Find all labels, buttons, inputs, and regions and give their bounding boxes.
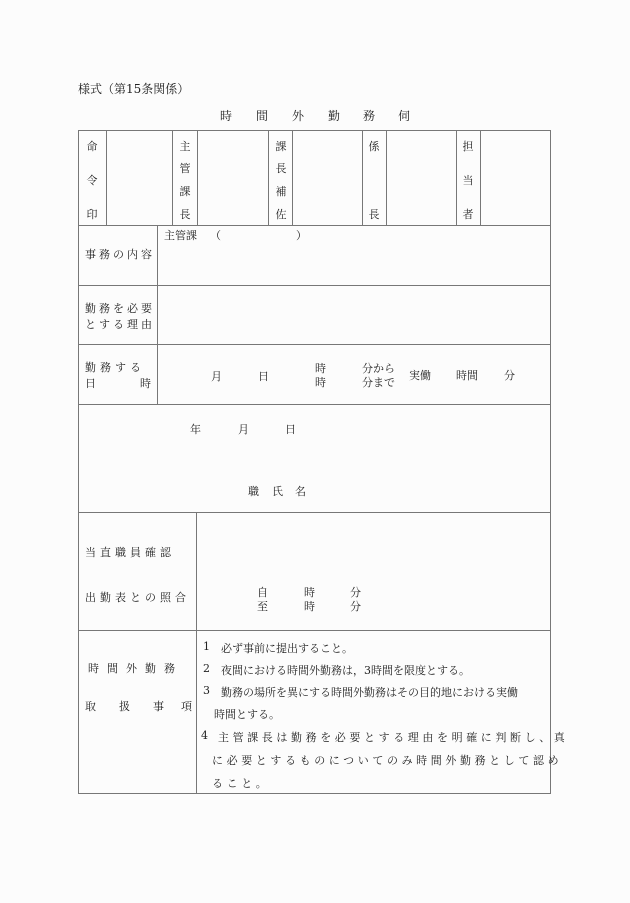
attendance-check-label: 出勤表との照合 [85, 589, 190, 605]
stamp-box-shukan-kacho[interactable] [198, 131, 268, 225]
title-char: 間 [256, 107, 268, 124]
minute-unit: 分 [350, 598, 361, 614]
rule-text: 時間とする。 [214, 706, 280, 722]
label-char: 長 [178, 206, 192, 222]
label-char: 係 [367, 138, 381, 154]
reason-label-2: とする理由 [85, 316, 155, 332]
paren-close: ） [296, 227, 307, 243]
label-char: 令 [85, 172, 99, 188]
duty-confirm-label: 当直職員確認 [85, 544, 175, 560]
rule-text: 必ず事前に提出すること。 [221, 640, 353, 656]
stamp-box-tantosha[interactable] [481, 131, 550, 225]
rule-text: ること。 [212, 775, 270, 791]
label-char: 扱 [119, 698, 130, 714]
title-char: 務 [363, 107, 375, 124]
reason-label-1: 勤務を必要 [85, 300, 155, 316]
label-char: 項 [181, 698, 192, 714]
row-divider [78, 225, 551, 226]
label-char: 名 [295, 483, 306, 499]
name-input[interactable] [320, 476, 540, 500]
rule-number: 4 [201, 729, 208, 742]
label-char: 印 [85, 206, 99, 222]
form-label: 様式（第15条関係） [78, 80, 189, 97]
datetime-label-2a: 日 [85, 375, 96, 391]
to-label: 至 [257, 598, 268, 614]
label-char: 課 [178, 183, 192, 199]
label-char: 課 [274, 138, 288, 154]
label-char: 佐 [274, 206, 288, 222]
day-unit: 日 [285, 421, 296, 437]
label-char: 長 [367, 206, 381, 222]
work-content-input[interactable] [158, 242, 550, 284]
title-char: 勤 [328, 107, 340, 124]
rule-text: 主管課長は勤務を必要とする理由を明確に判断し、真 [218, 729, 568, 745]
datetime-label-2b: 時 [140, 375, 151, 391]
title-char: 時 [220, 107, 232, 124]
rules-label-1: 時間外勤務 [88, 660, 183, 676]
label-char: 氏 [272, 483, 283, 499]
label-char: 者 [461, 206, 475, 222]
label-char: 取 [85, 698, 96, 714]
hour-unit: 時 [304, 598, 315, 614]
reason-input[interactable] [158, 286, 550, 343]
row-divider [78, 630, 551, 631]
paren-open: （ [210, 227, 221, 243]
label-char: 長 [274, 160, 288, 176]
rule-text: に必要とするものについてのみ時間外勤務として認め [212, 752, 562, 768]
col-divider [456, 130, 457, 225]
col-divider [268, 130, 269, 225]
title-char: 外 [292, 107, 304, 124]
work-content-label: 事務の内容 [85, 246, 155, 262]
year-unit: 年 [190, 421, 201, 437]
row-divider [78, 404, 551, 405]
label-char: 担 [461, 138, 475, 154]
month-unit: 月 [238, 421, 249, 437]
label-char: 主 [178, 138, 192, 154]
duty-confirm-input[interactable] [197, 513, 550, 573]
label-char: 当 [461, 172, 475, 188]
col-divider [172, 130, 173, 225]
rule-text: 夜間における時間外勤務は，3時間を限度とする。 [221, 662, 470, 678]
title-char: 伺 [398, 107, 410, 124]
datetime-input-area[interactable] [158, 345, 550, 403]
stamp-box-kacho-hosa[interactable] [293, 131, 362, 225]
label-char: 管 [178, 160, 192, 176]
rule-number: 2 [203, 662, 210, 675]
datetime-label-1: 勤務する [85, 359, 145, 375]
stamp-box-kakaricho[interactable] [387, 131, 456, 225]
stamp-box-meirei[interactable] [107, 131, 172, 225]
label-char: 命 [85, 138, 99, 154]
work-content-prefix: 主管課 [164, 227, 197, 243]
label-char: 補 [274, 183, 288, 199]
rule-number: 1 [203, 640, 210, 653]
col-divider [362, 130, 363, 225]
rule-text: 勤務の場所を異にする時間外勤務はその目的地における実働 [221, 684, 518, 700]
label-char: 職 [248, 483, 259, 499]
label-char: 事 [153, 698, 164, 714]
rule-number: 3 [203, 684, 210, 697]
